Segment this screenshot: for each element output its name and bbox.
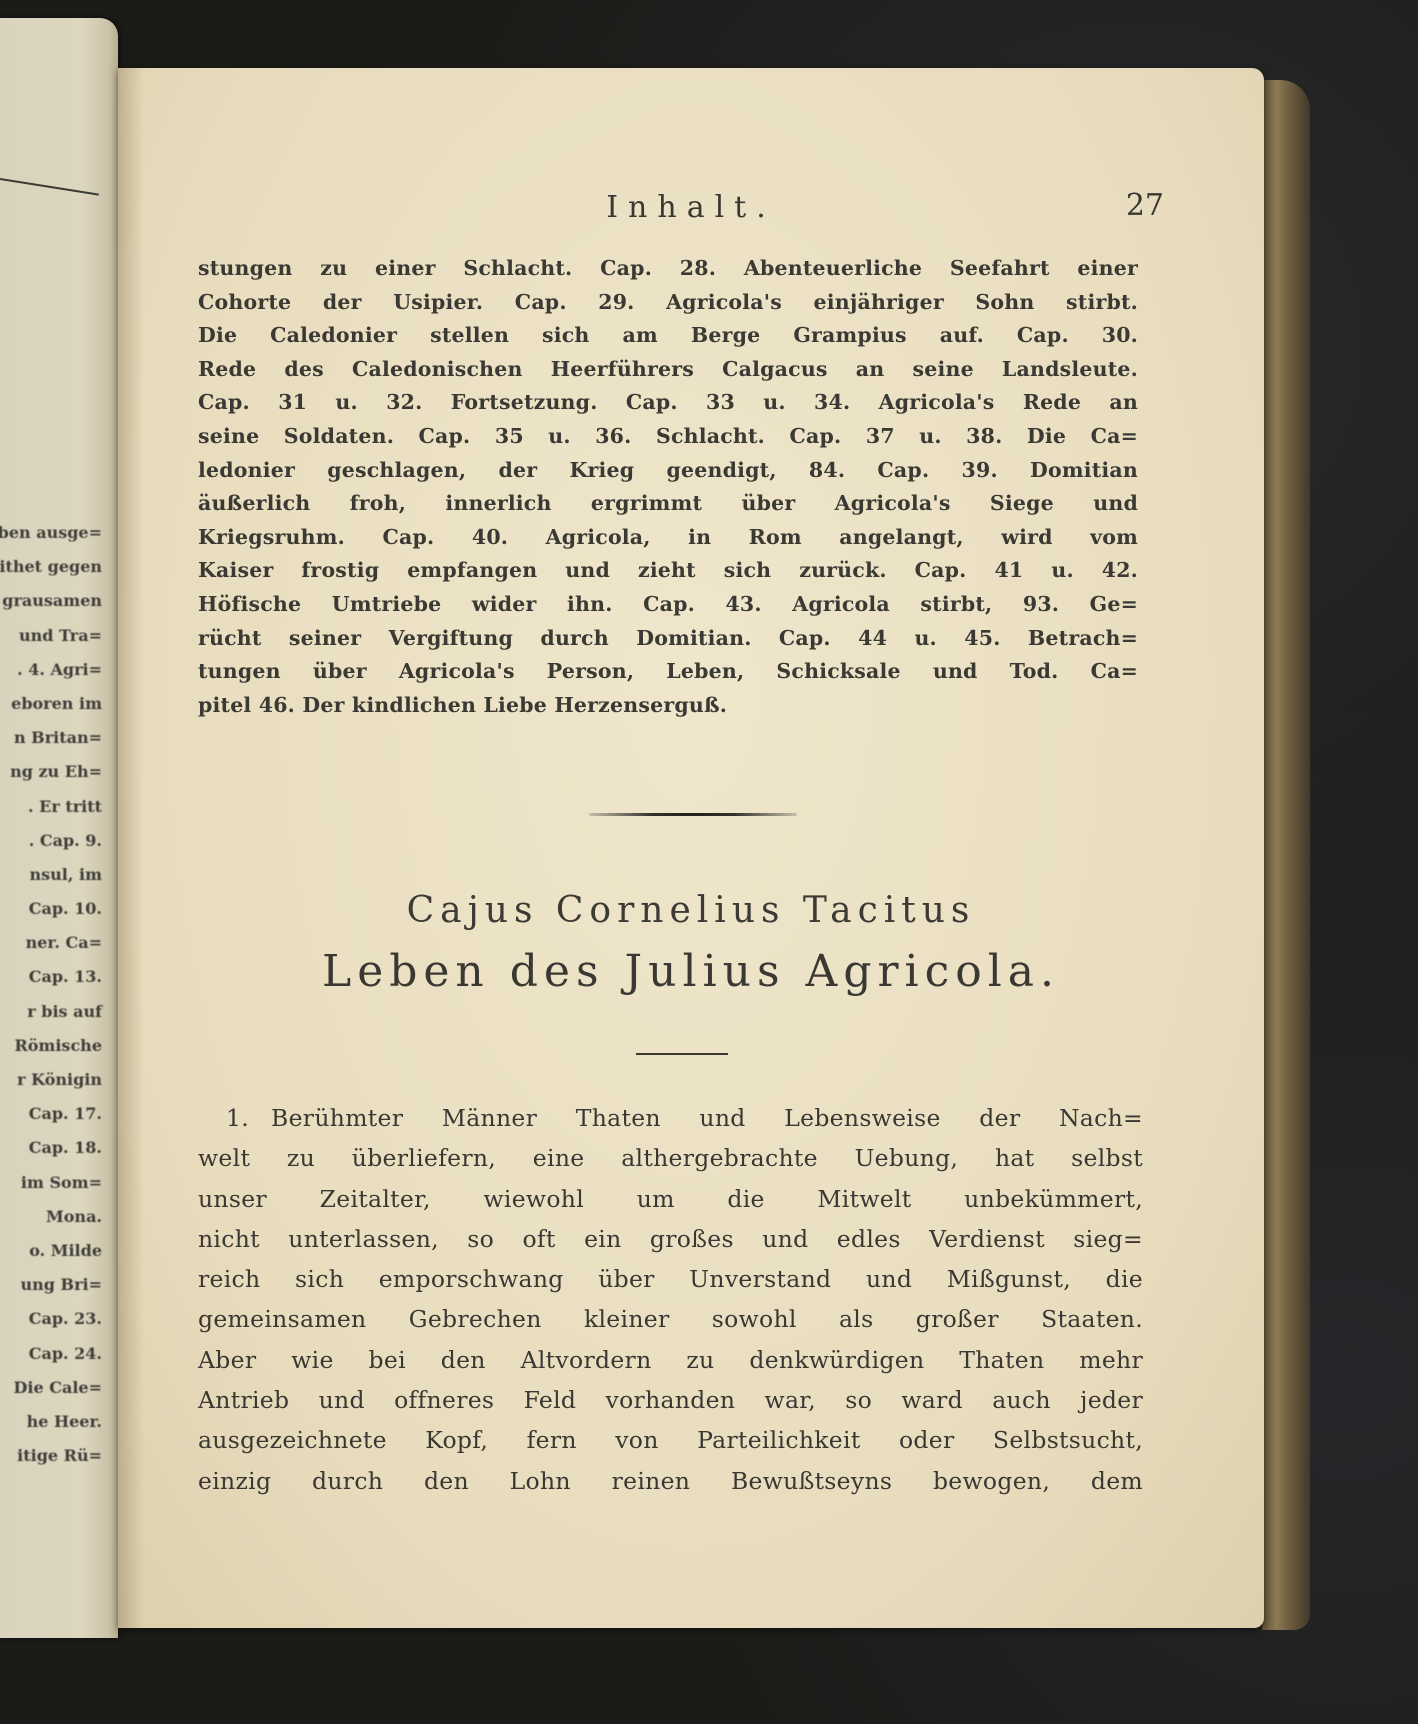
left-line: Cap. 24. bbox=[0, 1337, 102, 1371]
body-line: einzig durch den Lohn reinen Bewußtseyns… bbox=[198, 1461, 1143, 1501]
toc-line: tungen über Agricola's Person, Leben, Sc… bbox=[198, 655, 1138, 689]
body-line: Aber wie bei den Altvordern zu denkwürdi… bbox=[198, 1340, 1143, 1380]
title-work: Leben des Julius Agricola. bbox=[118, 946, 1264, 997]
left-line: eboren im bbox=[0, 687, 102, 721]
gutter-shadow bbox=[118, 68, 144, 1628]
page-number: 27 bbox=[1126, 188, 1164, 223]
toc-line: Die Caledonier stellen sich am Berge Gra… bbox=[198, 319, 1138, 353]
left-line: he Heer. bbox=[0, 1405, 102, 1439]
left-page-fragment: ben ausge= ithet gegen grausamen und Tra… bbox=[0, 18, 118, 1638]
left-line: Cap. 18. bbox=[0, 1131, 102, 1165]
body-line: nicht unterlassen, so oft ein großes und… bbox=[198, 1219, 1143, 1259]
left-line: grausamen bbox=[0, 584, 102, 618]
body-line-text: Berühmter Männer Thaten und Lebensweise … bbox=[271, 1104, 1143, 1132]
left-line: nsul, im bbox=[0, 858, 102, 892]
toc-line: Kriegsruhm. Cap. 40. Agricola, in Rom an… bbox=[198, 521, 1138, 555]
left-line: Cap. 23. bbox=[0, 1302, 102, 1336]
left-line: Cap. 13. bbox=[0, 960, 102, 994]
left-line: Cap. 10. bbox=[0, 892, 102, 926]
left-line: r Königin bbox=[0, 1063, 102, 1097]
body-line: welt zu überliefern, eine althergebracht… bbox=[198, 1138, 1143, 1178]
body-line: ausgezeichnete Kopf, fern von Parteilich… bbox=[198, 1420, 1143, 1460]
left-line: und Tra= bbox=[0, 619, 102, 653]
left-line: ben ausge= bbox=[0, 516, 102, 550]
left-line: n Britan= bbox=[0, 721, 102, 755]
left-line: Römische bbox=[0, 1029, 102, 1063]
left-line: Mona. bbox=[0, 1200, 102, 1234]
left-line: . Er tritt bbox=[0, 790, 102, 824]
left-line: . 4. Agri= bbox=[0, 653, 102, 687]
toc-line: Kaiser frostig empfangen und zieht sich … bbox=[198, 554, 1138, 588]
running-head: Inhalt. bbox=[118, 190, 1264, 225]
book-fore-edge bbox=[1262, 80, 1310, 1630]
left-line: ner. Ca= bbox=[0, 926, 102, 960]
toc-line: pitel 46. Der kindlichen Liebe Herzenser… bbox=[198, 689, 1138, 723]
left-line: ung Bri= bbox=[0, 1268, 102, 1302]
body-line: reich sich emporschwang über Unverstand … bbox=[198, 1259, 1143, 1299]
toc-line: Rede des Caledonischen Heerführers Calga… bbox=[198, 353, 1138, 387]
toc-line: ledonier geschlagen, der Krieg geendigt,… bbox=[198, 454, 1138, 488]
left-page-rule bbox=[0, 178, 99, 196]
toc-line: Cohorte der Usipier. Cap. 29. Agricola's… bbox=[198, 286, 1138, 320]
toc-line: äußerlich froh, innerlich ergrimmt über … bbox=[198, 487, 1138, 521]
left-line: o. Milde bbox=[0, 1234, 102, 1268]
table-of-contents-continuation: stungen zu einer Schlacht. Cap. 28. Aben… bbox=[198, 252, 1138, 722]
title-author: Cajus Cornelius Tacitus bbox=[118, 890, 1264, 931]
toc-line: Cap. 31 u. 32. Fortsetzung. Cap. 33 u. 3… bbox=[198, 386, 1138, 420]
left-page-text: ben ausge= ithet gegen grausamen und Tra… bbox=[0, 516, 102, 1473]
toc-line: stungen zu einer Schlacht. Cap. 28. Aben… bbox=[198, 252, 1138, 286]
title-divider bbox=[636, 1053, 728, 1055]
left-line: ithet gegen bbox=[0, 550, 102, 584]
left-line: ng zu Eh= bbox=[0, 755, 102, 789]
toc-line: seine Soldaten. Cap. 35 u. 36. Schlacht.… bbox=[198, 420, 1138, 454]
left-line: . Cap. 9. bbox=[0, 824, 102, 858]
body-line: 1.Berühmter Männer Thaten und Lebensweis… bbox=[198, 1098, 1143, 1138]
left-line: im Som= bbox=[0, 1166, 102, 1200]
toc-line: Höfische Umtriebe wider ihn. Cap. 43. Ag… bbox=[198, 588, 1138, 622]
body-line: Antrieb und offneres Feld vorhanden war,… bbox=[198, 1380, 1143, 1420]
book-page: Inhalt. 27 stungen zu einer Schlacht. Ca… bbox=[118, 68, 1264, 1628]
body-line: gemeinsamen Gebrechen kleiner sowohl als… bbox=[198, 1299, 1143, 1339]
left-line: r bis auf bbox=[0, 995, 102, 1029]
left-line: Cap. 17. bbox=[0, 1097, 102, 1131]
left-line: Die Cale= bbox=[0, 1371, 102, 1405]
body-line: unser Zeitalter, wiewohl um die Mitwelt … bbox=[198, 1179, 1143, 1219]
left-line: itige Rü= bbox=[0, 1439, 102, 1473]
section-divider-ornament bbox=[589, 813, 797, 816]
body-text: 1.Berühmter Männer Thaten und Lebensweis… bbox=[198, 1098, 1143, 1501]
toc-line: rücht seiner Vergiftung durch Domitian. … bbox=[198, 622, 1138, 656]
paragraph-number: 1. bbox=[226, 1104, 249, 1132]
